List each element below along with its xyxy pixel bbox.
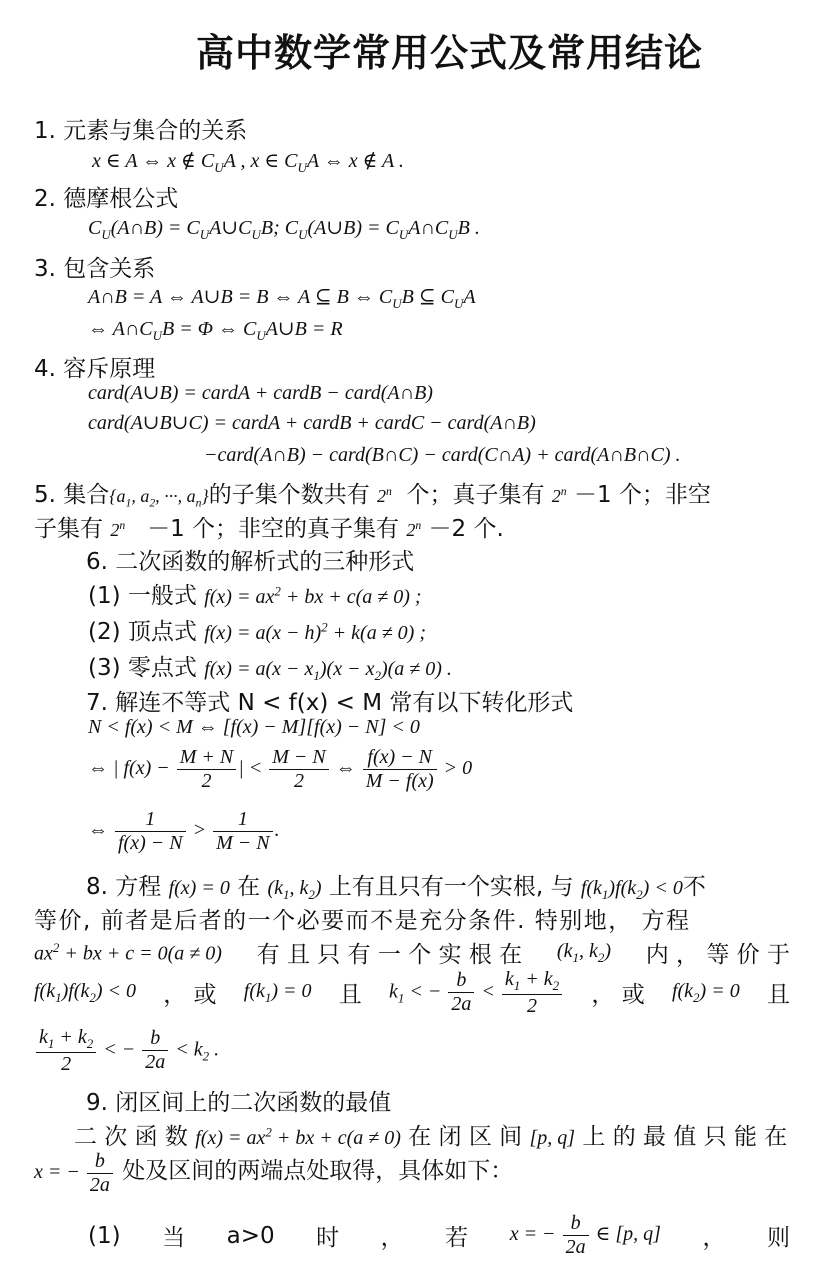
section-2-heading: 2. 德摩根公式 (34, 180, 178, 213)
section-8-line-2: 等价, 前者是后者的一个必要而不是充分条件. 特别地， 方程 (34, 902, 691, 935)
section-7-heading: 7. 解连不等式 N < f(x) < M 常有以下转化形式 (86, 684, 573, 717)
section-3-formula-2: ⇔ A∩CUB = Φ ⇔ CUA∪B = R (88, 316, 343, 344)
section-4-formula-3: −card(A∩B) − card(B∩C) − card(C∩A) + car… (204, 444, 680, 467)
section-9-line-1: 二 次 函 数 f(x) = ax2 + bx + c(a ≠ 0) 在 闭 区… (74, 1118, 787, 1151)
section-4-formula-1: card(A∪B) = cardA + cardB − card(A∩B) (88, 380, 433, 405)
section-8-line-4: f(k1)f(k2) < 0 ， 或 f(k1) = 0 且 k1 < − b2… (34, 968, 790, 1018)
section-7-formula-1: N < f(x) < M ⇔ [f(x) − M][f(x) − N] < 0 (88, 716, 420, 739)
section-6-item-3: (3) 零点式 f(x) = a(x − x1)(x − x2)(a ≠ 0) … (88, 649, 452, 684)
section-4-heading: 4. 容斥原理 (34, 350, 155, 383)
section-3-heading: 3. 包含关系 (34, 250, 155, 283)
section-8-line-5: k1 + k22 < − b2a < k2 . (34, 1026, 219, 1076)
page-title: 高中数学常用公式及常用结论 (196, 22, 703, 77)
section-9-line-2: x = − b2a 处及区间的两端点处取得，具体如下： (34, 1150, 513, 1197)
section-4-formula-2: card(A∪B∪C) = cardA + cardB + cardC − ca… (88, 410, 536, 435)
section-7-formula-3: ⇔ 1f(x) − N > 1M − N. (88, 808, 280, 855)
section-8-line-3: ax2 + bx + c = 0(a ≠ 0) 有 且 只 有 一 个 实 根 … (34, 936, 790, 969)
section-1-formula: x ∈ A ⇔ x ∉ CUA , x ∈ CUA ⇔ x ∉ A . (92, 148, 404, 176)
section-1-heading: 1. 元素与集合的关系 (34, 112, 247, 145)
section-8-line-1: 8. 方程 f(x) = 0 在 (k1, k2) 上有且只有一个实根, 与 f… (86, 868, 706, 903)
section-3-formula-1: A∩B = A ⇔ A∪B = B ⇔ A ⊆ B ⇔ CUB ⊆ CUA (88, 284, 476, 312)
section-2-formula: CU(A∩B) = CUA∪CUB; CU(A∪B) = CUA∩CUB . (88, 215, 480, 243)
section-6-heading: 6. 二次函数的解析式的三种形式 (86, 543, 414, 576)
section-5-line-2: 子集有 2n －1 个；非空的真子集有 2n －2 个. (34, 510, 504, 543)
section-9-heading: 9. 闭区间上的二次函数的最值 (86, 1084, 391, 1117)
section-7-formula-2: ⇔ | f(x) − M + N2| < M − N2 ⇔ f(x) − NM … (88, 746, 472, 793)
section-9-line-3: (1) 当 a>0 时 ， 若 x = − b2a ∈ [p, q] ， 则 (88, 1212, 790, 1259)
section-6-item-2: (2) 顶点式 f(x) = a(x − h)2 + k(a ≠ 0) ; (88, 613, 426, 646)
section-5-line-1: 5. 集合{a1, a2, ···, an}的子集个数共有 2n 个；真子集有 … (34, 476, 711, 510)
section-6-item-1: (1) 一般式 f(x) = ax2 + bx + c(a ≠ 0) ; (88, 577, 422, 610)
